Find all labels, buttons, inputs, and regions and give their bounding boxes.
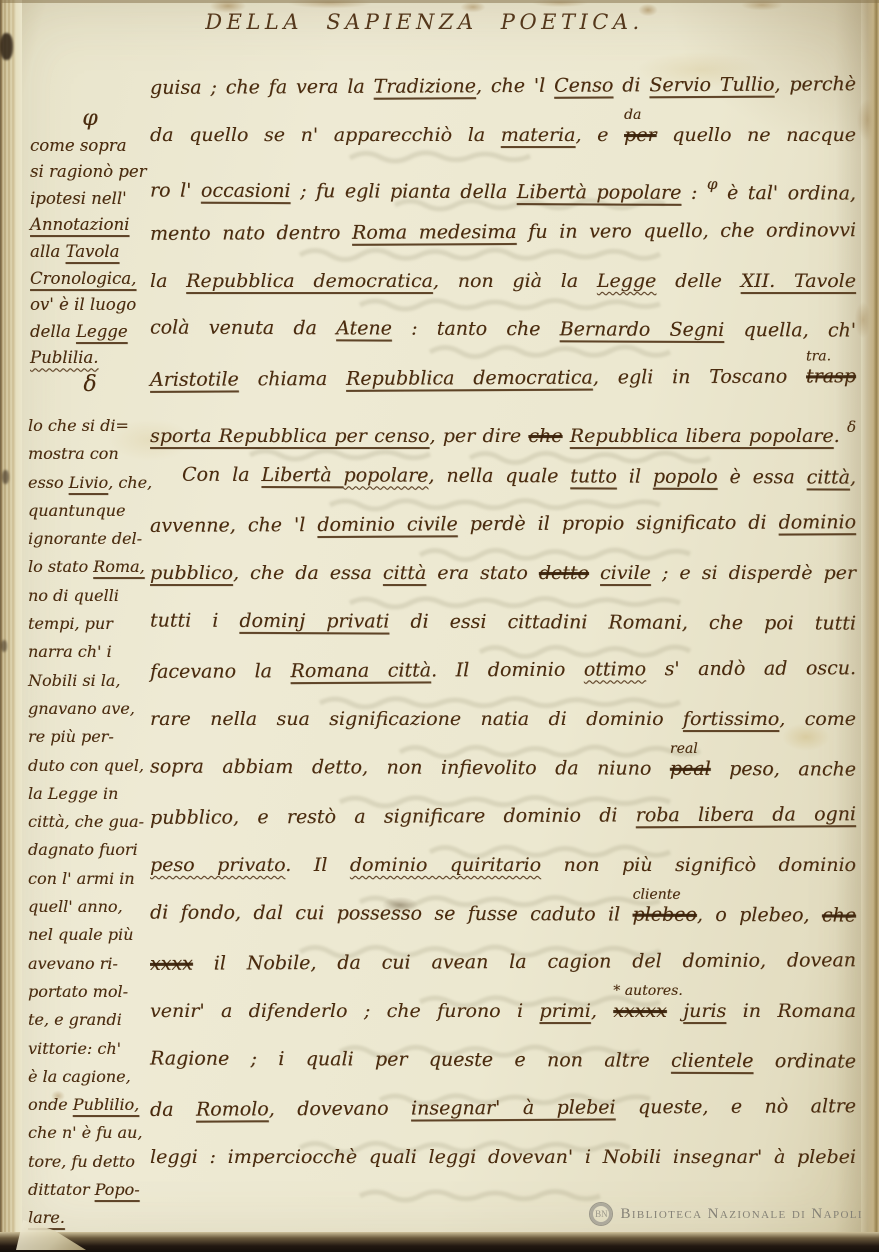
handwritten-text: sporta Repubblica per censo xyxy=(150,425,429,447)
text-line: facevano la Romana città. Il dominio ott… xyxy=(150,644,856,696)
text-line: φ xyxy=(30,106,150,133)
handwritten-text: Romolo xyxy=(196,1099,269,1121)
handwritten-text: fortissimo xyxy=(683,708,779,730)
interlinear-insertion: tra. xyxy=(806,349,831,363)
handwritten-text: guisa ; che fa vera la xyxy=(150,76,374,99)
text-line: leggi : imperciocchè quali leggi dovevan… xyxy=(150,1133,856,1182)
handwritten-text: : tanto che xyxy=(392,318,560,341)
text-line: dagnato fuori xyxy=(28,836,152,864)
page-crease-shadow xyxy=(835,0,861,1252)
text-line: lo che si di= xyxy=(28,412,152,440)
text-line: duto con quel, xyxy=(28,752,152,780)
handwritten-text: ; e si disperdè per xyxy=(651,562,856,584)
handwritten-text: Legge xyxy=(597,270,656,292)
handwritten-text: ignorante del- xyxy=(28,529,142,548)
text-line: la Repubblica democratica, non già la Le… xyxy=(150,257,856,306)
handwritten-text: Bernardo Segni xyxy=(560,319,725,342)
handwritten-text: lo che si di= xyxy=(28,416,129,435)
handwritten-text: no di quelli xyxy=(28,586,119,605)
handwritten-text: quell' anno, xyxy=(28,897,123,916)
text-line: Nobili si la, xyxy=(28,667,152,695)
handwritten-text: ipotesi nell' xyxy=(30,189,127,208)
handwritten-text: Legge xyxy=(76,322,128,341)
handwritten-text: Tradizione xyxy=(374,75,476,98)
handwritten-text: delle xyxy=(656,270,740,292)
handwritten-text: Libertà popolare xyxy=(517,181,682,204)
handwritten-text: dagnato fuori xyxy=(28,840,138,859)
handwritten-text: lo stato xyxy=(28,557,93,576)
handwritten-text: Con la xyxy=(182,463,262,485)
handwritten-text: portato mol- xyxy=(28,982,128,1001)
handwritten-text: esso xyxy=(28,473,69,492)
library-stamp-label: Biblioteca Nazionale di Napoli xyxy=(620,1206,863,1223)
handwritten-text: , non già la xyxy=(433,270,597,292)
handwritten-text: , nella quale xyxy=(428,464,570,487)
handwritten-text: ottimo xyxy=(584,659,646,681)
text-line: mento nato dentro Roma medesima fu in ve… xyxy=(150,206,856,258)
handwritten-text: ; fu egli pianta della xyxy=(290,180,516,203)
text-line: di fondo, dal cui possesso se fusse cadu… xyxy=(150,888,856,940)
margin-note-left: lo che si di=mostra conesso Livio, che,q… xyxy=(28,412,152,1233)
handwritten-text: venir' a difenderlo ; che furono i xyxy=(150,1000,539,1022)
text-line: xxxx il Nobile, da cui avean la cagion d… xyxy=(150,937,856,989)
handwritten-text: Repubblica democratica xyxy=(346,367,593,390)
handwritten-text: ro l' xyxy=(150,180,201,202)
handwritten-text: te, e grandi xyxy=(28,1010,122,1029)
text-line: da Romolo, dovevano insegnar' à plebei q… xyxy=(150,1083,856,1135)
handwritten-text: Aristotile xyxy=(150,369,239,391)
handwritten-text: si ragionò per xyxy=(30,162,147,181)
text-line: onde Publilio, xyxy=(28,1091,152,1119)
handwritten-text: di essi cittadini Romani, che poi tutti xyxy=(389,610,856,634)
handwritten-text: queste, e nò altre xyxy=(616,1096,857,1119)
handwritten-text: perdè il propio significato di xyxy=(458,512,779,536)
text-line: gnavano ave, xyxy=(28,695,152,723)
handwritten-text: duto con quel, xyxy=(28,756,144,775)
text-line: che n' è fu au, xyxy=(28,1119,152,1147)
handwritten-text: di xyxy=(613,74,649,96)
handwritten-text: ov' è il luogo xyxy=(30,295,136,314)
text-line: quantunque xyxy=(28,497,152,525)
text-line: colà venuta da Atene : tanto che Bernard… xyxy=(150,304,856,356)
handwritten-text: popolare xyxy=(343,464,428,486)
margin-note-top: φcome soprasi ragionò peripotesi nell'An… xyxy=(30,106,150,399)
text-line: lo stato Roma, xyxy=(28,553,152,581)
handwritten-text: δ xyxy=(83,372,96,397)
page-edge-right xyxy=(861,0,879,1252)
library-stamp: BN Biblioteca Nazionale di Napoli xyxy=(589,1201,863,1227)
text-line: ignorante del- xyxy=(28,525,152,553)
handwritten-text: la Legge in xyxy=(28,784,118,803)
text-line: avevano ri- xyxy=(28,950,152,978)
handwritten-text: Roma, xyxy=(93,557,144,576)
strikethrough-text: che xyxy=(528,425,562,447)
handwritten-text: popolo xyxy=(653,465,718,487)
handwritten-text: avevano ri- xyxy=(28,954,118,973)
handwritten-text: Nobili si la, xyxy=(28,671,120,690)
text-line: come sopra xyxy=(30,133,150,160)
handwritten-text: dominio civile xyxy=(317,513,457,536)
handwritten-text: era stato xyxy=(426,562,539,584)
handwritten-text: tempi, pur xyxy=(28,614,113,633)
handwritten-text: Repubblica democratica xyxy=(186,270,433,292)
bottom-shadow-band xyxy=(0,1232,879,1252)
handwritten-text: , per dire xyxy=(429,425,528,447)
strikethrough-text: detto xyxy=(539,562,589,584)
text-line: si ragionò per xyxy=(30,159,150,186)
handwritten-text: Publilio, xyxy=(73,1095,140,1114)
handwritten-text: occasioni xyxy=(201,180,291,202)
handwritten-text: che n' è fu au, xyxy=(28,1123,142,1142)
handwritten-text: civile xyxy=(600,562,651,584)
handwritten-text: sopra abbiam detto, non infievolito da n… xyxy=(150,755,670,779)
text-line: Con la Libertà popolare, nella quale tut… xyxy=(150,450,856,502)
handwritten-text: onde xyxy=(28,1095,73,1114)
handwritten-text: , egli in Toscano xyxy=(593,366,806,389)
text-line: sopra abbiam detto, non infievolito da n… xyxy=(150,742,856,794)
handwritten-text: non più significò dominio xyxy=(541,854,856,876)
strikethrough-text: xxxxx* autores. xyxy=(613,1000,667,1022)
text-line: mostra con xyxy=(28,440,152,468)
handwritten-text: dominj privati xyxy=(239,609,389,632)
handwritten-text: Atene xyxy=(336,318,392,340)
text-line: portato mol- xyxy=(28,978,152,1006)
handwritten-text: da quello se n' apparecchiò la xyxy=(150,124,501,146)
manuscript-page: DELLA SAPIENZA POETICA. guisa ; che fa v… xyxy=(0,0,879,1252)
handwritten-text: il xyxy=(617,465,653,487)
text-line: rare nella sua significazione natia di d… xyxy=(150,695,856,744)
interlinear-insertion: * autores. xyxy=(613,984,682,998)
handwritten-text: peso privato xyxy=(150,854,285,876)
handwritten-text: è la cagione, xyxy=(28,1067,131,1086)
text-line: Ragione ; i quali per queste e non altre… xyxy=(150,1034,856,1086)
ink-blot xyxy=(0,33,13,60)
text-line: Aristotile chiama Repubblica democratica… xyxy=(150,352,856,404)
strikethrough-text: perda xyxy=(624,124,657,146)
page-title: DELLA SAPIENZA POETICA. xyxy=(0,10,849,34)
text-line: te, e grandi xyxy=(28,1006,152,1034)
ink-blot xyxy=(1,640,7,652)
handwritten-text: quantunque xyxy=(28,501,125,520)
handwritten-text: il Nobile, da cui avean la cagion del do… xyxy=(193,950,856,975)
handwritten-text: roba libera da ogni xyxy=(636,803,856,826)
handwritten-text: . Il dominio xyxy=(431,659,584,682)
book-binding-edge xyxy=(0,0,22,1252)
handwritten-text: Censo xyxy=(554,74,613,96)
handwritten-text: la xyxy=(150,270,186,292)
handwritten-text: Roma medesima xyxy=(352,221,517,244)
handwritten-text: φ xyxy=(82,106,97,131)
handwritten-text: Publilia. xyxy=(30,348,98,367)
text-line: guisa ; che fa vera la Tradizione, che '… xyxy=(150,60,856,112)
text-line: Cronologica, xyxy=(30,266,150,293)
interlinear-insertion: cliente xyxy=(633,887,681,901)
text-line: quell' anno, xyxy=(28,893,152,921)
text-line: con l' armi in xyxy=(28,865,152,893)
page-edge-top xyxy=(0,0,879,3)
text-line: vittorie: ch' xyxy=(28,1035,152,1063)
text-line: è la cagione, xyxy=(28,1063,152,1091)
monogram-letters: BN xyxy=(595,1209,608,1219)
text-line: re più per- xyxy=(28,723,152,751)
handwritten-text: gnavano ave, xyxy=(28,699,135,718)
handwritten-text: Romana città xyxy=(290,660,431,683)
handwritten-text: rare nella sua significazione natia di d… xyxy=(150,708,683,730)
handwritten-text: fu in vero quello, che ordinovvi xyxy=(517,219,857,243)
text-line: peso privato. Il dominio quiritario non … xyxy=(150,841,856,890)
handwritten-text: con l' armi in xyxy=(28,869,135,888)
handwritten-text: , che, xyxy=(108,473,152,492)
handwritten-text: di fondo, dal cui possesso se fusse cadu… xyxy=(150,901,633,925)
handwritten-text: vittorie: ch' xyxy=(28,1039,121,1058)
handwritten-text: . Il xyxy=(285,854,350,876)
text-line: narra ch' i xyxy=(28,638,152,666)
handwritten-text: avvenne, che 'l xyxy=(150,514,317,537)
text-line: δ xyxy=(30,372,150,399)
text-line: città, che gua- xyxy=(28,808,152,836)
handwritten-text: Annotazioni xyxy=(30,215,129,234)
handwritten-text: , che 'l xyxy=(476,75,554,97)
handwritten-text: , o plebeo, xyxy=(697,904,822,927)
handwritten-text: mento nato dentro xyxy=(150,222,352,245)
strikethrough-text: xxxx xyxy=(150,953,193,975)
handwritten-text: insegnar' à plebei xyxy=(411,1097,616,1120)
handwritten-text: città xyxy=(383,562,426,584)
handwritten-text: Popo- xyxy=(95,1180,140,1199)
handwritten-text: , e xyxy=(575,124,624,146)
text-line: no di quelli xyxy=(28,582,152,610)
text-line: da quello se n' apparecchiò la materia, … xyxy=(150,111,856,160)
handwritten-text: pubblico xyxy=(150,562,233,584)
handwritten-text: facevano la xyxy=(150,660,291,683)
text-line: esso Livio, che, xyxy=(28,469,152,497)
handwritten-text: Libertà xyxy=(261,463,343,485)
interlinear-insertion: real xyxy=(670,741,698,755)
handwritten-text: Servio Tullio xyxy=(649,74,774,97)
text-line: ipotesi nell' xyxy=(30,186,150,213)
text-line: la Legge in xyxy=(28,780,152,808)
text-line: pubblico, e restò a significare dominio … xyxy=(150,790,856,842)
text-line: nel quale più xyxy=(28,921,152,949)
interlinear-insertion: da xyxy=(624,108,641,122)
strikethrough-text: plebeocliente xyxy=(632,903,696,925)
handwritten-text: dominio quiritario xyxy=(350,854,541,876)
text-line: ro l' occasioni ; fu egli pianta della L… xyxy=(150,158,856,210)
text-line: Publilia. xyxy=(30,345,150,372)
text-line: alla Tavola xyxy=(30,239,150,266)
handwritten-text: , xyxy=(591,1000,613,1022)
handwritten-text xyxy=(563,425,570,447)
handwritten-text: Livio xyxy=(69,473,109,492)
handwritten-text: clientele xyxy=(671,1049,754,1071)
text-line: tempi, pur xyxy=(28,610,152,638)
handwritten-text: Repubblica libera popolare xyxy=(570,425,834,447)
text-line: venir' a difenderlo ; che furono i primi… xyxy=(150,987,856,1036)
insertion-mark: φ xyxy=(707,175,718,193)
handwritten-text: città, che gua- xyxy=(28,812,144,831)
handwritten-text: tutti i xyxy=(150,609,239,631)
handwritten-text: Cronologica, xyxy=(30,269,136,288)
handwritten-text: quello ne nacque xyxy=(657,124,856,146)
handwritten-text: Tavola xyxy=(65,242,119,261)
handwritten-text: : xyxy=(681,182,707,204)
text-line: tutti i dominj privati di essi cittadini… xyxy=(150,596,856,648)
handwritten-text: re più per- xyxy=(28,727,114,746)
handwritten-text: tutto xyxy=(570,465,617,487)
text-line: ov' è il luogo xyxy=(30,292,150,319)
handwritten-text: nel quale più xyxy=(28,925,133,944)
text-line: tore, fu detto xyxy=(28,1148,152,1176)
main-text-block: guisa ; che fa vera la Tradizione, che '… xyxy=(150,62,856,1182)
strikethrough-text: pealreal xyxy=(670,757,711,779)
text-line: avvenne, che 'l dominio civile perdè il … xyxy=(150,498,856,550)
handwritten-text: dittator xyxy=(28,1180,95,1199)
handwritten-text: narra ch' i xyxy=(28,642,112,661)
handwritten-text: alla xyxy=(30,242,65,261)
handwritten-text: s' andò ad oscu. xyxy=(646,657,856,680)
handwritten-text xyxy=(589,562,600,584)
handwritten-text: , dovevano xyxy=(269,1098,411,1121)
handwritten-text: , che da essa xyxy=(233,562,383,584)
text-line: dittator Popo- xyxy=(28,1176,152,1204)
handwritten-text: da xyxy=(150,1099,196,1121)
ink-blot xyxy=(2,470,9,484)
handwritten-text: Ragione ; i quali per queste e non altre xyxy=(150,1047,671,1071)
handwritten-text: della xyxy=(30,322,76,341)
handwritten-text: chiama xyxy=(239,368,346,391)
text-line: pubblico, che da essa città era stato de… xyxy=(150,549,856,598)
library-monogram-icon: BN xyxy=(589,1202,613,1226)
handwritten-text: è essa xyxy=(718,465,807,487)
handwritten-text: primi xyxy=(539,1000,590,1022)
handwritten-text: come sopra xyxy=(30,136,127,155)
handwritten-text xyxy=(667,1000,683,1022)
text-line: sporta Repubblica per censo, per dire ch… xyxy=(150,403,856,452)
handwritten-text: mostra con xyxy=(28,444,119,463)
handwritten-text: materia xyxy=(501,124,576,146)
text-line: Annotazioni xyxy=(30,212,150,239)
handwritten-text: tore, fu detto xyxy=(28,1152,135,1171)
handwritten-text: colà venuta da xyxy=(150,317,336,340)
text-line: della Legge xyxy=(30,319,150,346)
handwritten-text: leggi : imperciocchè quali leggi dovevan… xyxy=(150,1146,856,1168)
handwritten-text: juris xyxy=(683,1000,726,1022)
handwritten-text: pubblico, e restò a significare dominio … xyxy=(150,805,636,830)
